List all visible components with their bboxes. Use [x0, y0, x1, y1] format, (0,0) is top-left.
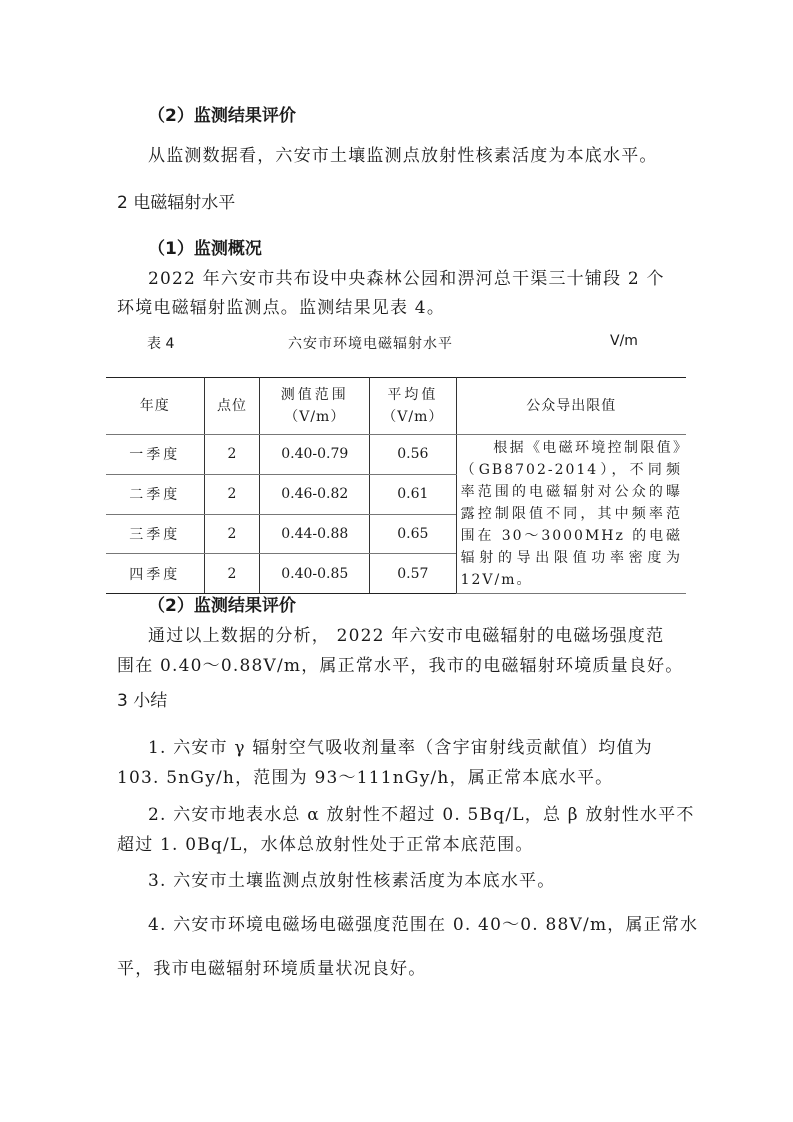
public-limit-note: 根据《电磁环境控制限值》（GB8702-2014），不同频率范围的电磁辐射对公众… [456, 435, 686, 594]
summary-item-2-line1: 2. 六安市地表水总 α 放射性不超过 0. 5Bq/L，总 β 放射性水平不 [148, 800, 695, 825]
em-radiation-table: 年度 点位 测值范围 （V/m） 平均值 （V/m） 公众导出限值 一季度 2 … [106, 377, 686, 594]
summary-item-1-line1: 1. 六安市 γ 辐射空气吸收剂量率（含宇宙射线贡献值）均值为 [148, 733, 653, 758]
em-eval-text-line1: 通过以上数据的分析， 2022 年六安市电磁辐射的电磁场强度范 [148, 621, 664, 646]
soil-eval-heading: （2）监测结果评价 [148, 101, 296, 126]
soil-eval-text: 从监测数据看，六安市土壤监测点放射性核素活度为本底水平。 [148, 141, 658, 166]
overview-text-line1: 2022 年六安市共布设中央森林公园和淠河总干渠三十铺段 2 个 [148, 264, 665, 289]
overview-heading: （1）监测概况 [148, 234, 262, 259]
table-unit: V/m [610, 333, 638, 349]
header-average: 平均值 （V/m） [370, 378, 456, 435]
summary-item-4-line2: 平，我市电磁辐射环境质量状况良好。 [117, 954, 426, 979]
header-year: 年度 [106, 378, 204, 435]
section-2-heading: 2 电磁辐射水平 [117, 188, 235, 213]
summary-item-1-line2: 103. 5nGy/h，范围为 93～111nGy/h，属正常本底水平。 [117, 763, 613, 788]
header-public-limit: 公众导出限值 [456, 378, 686, 435]
header-points: 点位 [204, 378, 260, 435]
summary-item-2-line2: 超过 1. 0Bq/L，水体总放射性处于正常本底范围。 [117, 830, 534, 855]
summary-item-4-line1: 4. 六安市环境电磁场电磁强度范围在 0. 40～0. 88V/m，属正常水 [148, 910, 698, 935]
em-eval-text-line2: 围在 0.40～0.88V/m，属正常水平，我市的电磁辐射环境质量良好。 [117, 651, 683, 676]
overview-text-line2: 环境电磁辐射监测点。监测结果见表 4。 [117, 293, 445, 318]
table-header-row: 年度 点位 测值范围 （V/m） 平均值 （V/m） 公众导出限值 [106, 378, 686, 435]
header-range: 测值范围 （V/m） [260, 378, 370, 435]
table-label: 表 4 [147, 333, 174, 353]
em-eval-heading: （2）监测结果评价 [148, 591, 296, 616]
section-3-heading: 3 小结 [117, 686, 167, 711]
table-row: 一季度 2 0.40-0.79 0.56 根据《电磁环境控制限值》（GB8702… [106, 435, 686, 475]
summary-item-3: 3. 六安市土壤监测点放射性核素活度为本底水平。 [148, 866, 555, 891]
table-title: 六安市环境电磁辐射水平 [288, 333, 453, 353]
